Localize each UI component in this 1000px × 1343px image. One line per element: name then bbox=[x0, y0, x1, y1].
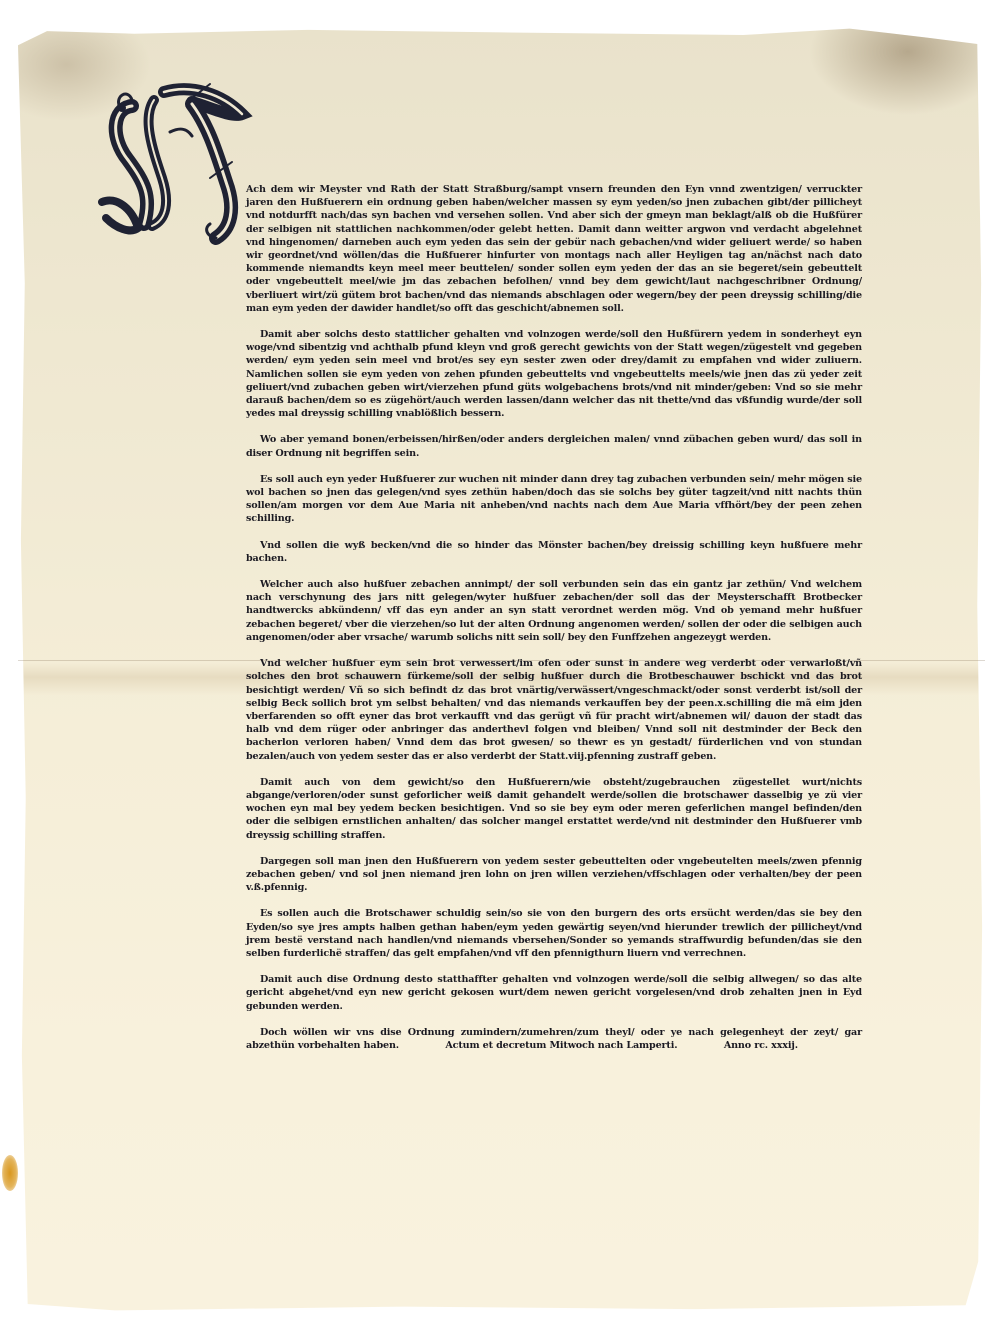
decorative-initial-letter-icon bbox=[92, 78, 272, 248]
paragraph: Es sollen auch die Brotschawer schuldig … bbox=[246, 907, 862, 960]
paragraph: Vnd sollen die wyß becken/vnd die so hin… bbox=[246, 539, 862, 565]
paragraph: Wo aber yemand bonen/erbeissen/hirßen/od… bbox=[246, 433, 862, 459]
paragraph: Es soll auch eyn yeder Hußfuerer zur wuc… bbox=[246, 473, 862, 526]
decree-date: Actum et decretum Mitwoch nach Lamperti. bbox=[445, 1040, 677, 1051]
closing-paragraph: Doch wöllen wir vns dise Ordnung zuminde… bbox=[246, 1026, 862, 1052]
paragraph: Damit auch dise Ordnung desto statthafft… bbox=[246, 973, 862, 1013]
paragraph: Ach dem wir Meyster vnd Rath der Statt S… bbox=[246, 183, 862, 315]
decree-year: Anno rc. xxxij. bbox=[724, 1040, 798, 1051]
paragraph: Damit aber solchs desto stattlicher geha… bbox=[246, 328, 862, 420]
paragraph: Welcher auch also hußfuer zebachen annim… bbox=[246, 578, 862, 644]
ordinance-text: Ach dem wir Meyster vnd Rath der Statt S… bbox=[246, 183, 862, 1065]
paragraph: Damit auch von dem gewicht/so den Hußfue… bbox=[246, 776, 862, 842]
paper-stain bbox=[2, 1155, 18, 1191]
paragraph: Vnd welcher hußfuer eym sein brot verwes… bbox=[246, 657, 862, 763]
paragraph: Dargegen soll man jnen den Hußfuerern vo… bbox=[246, 855, 862, 895]
